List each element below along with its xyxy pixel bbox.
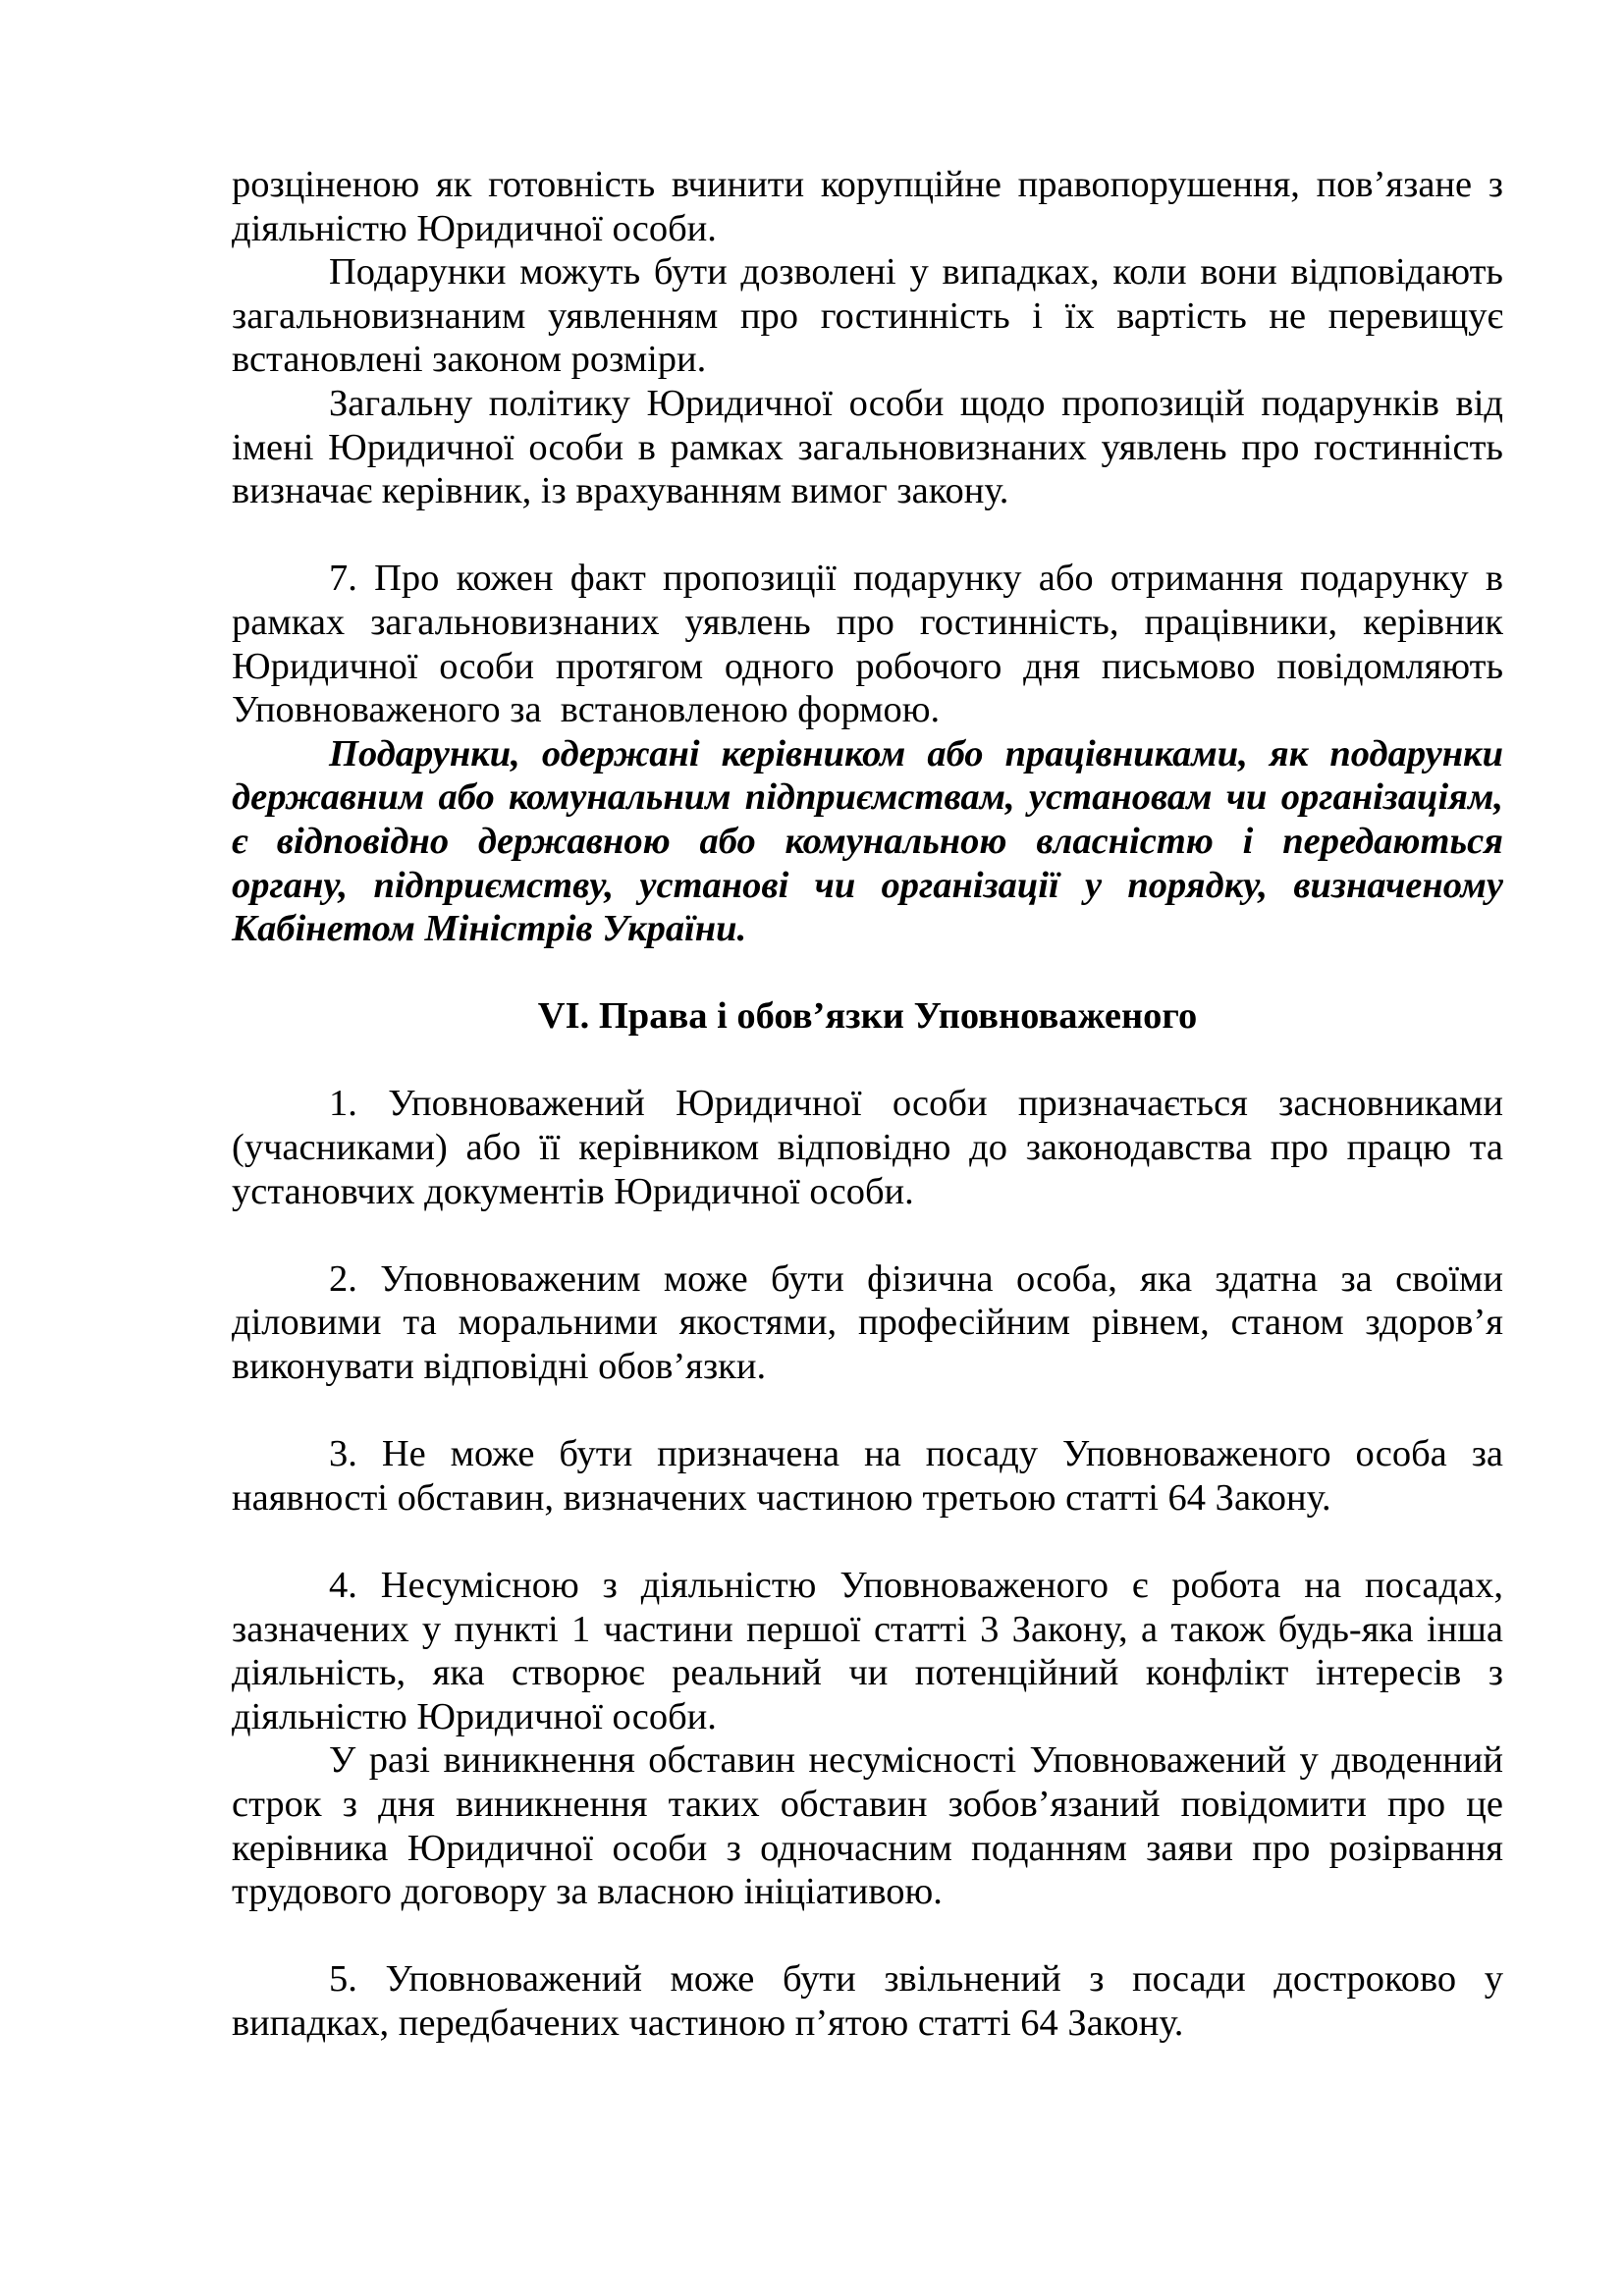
paragraph: 7. Про кожен факт пропозиції подарунку а…	[232, 557, 1503, 731]
text-line: Загальну політику Юридичної особи щодо п…	[232, 382, 1503, 426]
text-line: Юридичної особи протягом одного робочого…	[232, 645, 1503, 689]
text-line: зазначених у пункті 1 частини першої ста…	[232, 1608, 1503, 1652]
paragraph: розціненою як готовність вчинити корупці…	[232, 163, 1503, 250]
paragraph: 4. Несумісною з діяльністю Уповноваженог…	[232, 1564, 1503, 1738]
document-page: розціненою як готовність вчинити корупці…	[232, 163, 1503, 2046]
paragraph: Подарунки можуть бути дозволені у випадк…	[232, 250, 1503, 382]
text-line: виконувати відповідні обов’язки.	[232, 1345, 1503, 1389]
text-line: державним або комунальним підприємствам,…	[232, 775, 1503, 820]
text-line: керівника Юридичної особи з одночасним п…	[232, 1827, 1503, 1871]
text-line: розціненою як готовність вчинити корупці…	[232, 163, 1503, 207]
text-line: випадках, передбачених частиною п’ятою с…	[232, 2002, 1503, 2046]
text-line: є відповідно державною або комунальною в…	[232, 820, 1503, 864]
text-line: (учасниками) або її керівником відповідн…	[232, 1126, 1503, 1170]
text-line: 7. Про кожен факт пропозиції подарунку а…	[232, 557, 1503, 601]
paragraph: Подарунки, одержані керівником або праці…	[232, 732, 1503, 951]
paragraph: 5. Уповноважений може бути звільнений з …	[232, 1957, 1503, 2045]
text-line: У разі виникнення обставин несумісності …	[232, 1738, 1503, 1783]
text-line: 3. Не може бути призначена на посаду Упо…	[232, 1432, 1503, 1476]
paragraph: Загальну політику Юридичної особи щодо п…	[232, 382, 1503, 513]
text-line: Подарунки можуть бути дозволені у випадк…	[232, 250, 1503, 294]
text-line: діяльністю Юридичної особи.	[232, 207, 1503, 251]
text-line: 1. Уповноважений Юридичної особи признач…	[232, 1082, 1503, 1126]
text-line: установчих документів Юридичної особи.	[232, 1170, 1503, 1214]
section-heading: VI. Права і обов’язки Уповноваженого	[232, 994, 1503, 1039]
text-line: 2. Уповноваженим може бути фізична особа…	[232, 1257, 1503, 1302]
text-line: Подарунки, одержані керівником або праці…	[232, 732, 1503, 776]
paragraph: 3. Не може бути призначена на посаду Упо…	[232, 1432, 1503, 1520]
text-line: наявності обставин, визначених частиною …	[232, 1476, 1503, 1521]
text-line: рамках загальновизнаних уявлень про гост…	[232, 601, 1503, 645]
text-line: органу, підприємству, установі чи органі…	[232, 864, 1503, 908]
text-line: 5. Уповноважений може бути звільнений з …	[232, 1957, 1503, 2002]
text-line: Кабінетом Міністрів України.	[232, 907, 1503, 951]
text-line: діяльність, яка створює реальний чи поте…	[232, 1651, 1503, 1695]
text-line: діяльністю Юридичної особи.	[232, 1695, 1503, 1739]
text-line: визначає керівник, із врахуванням вимог …	[232, 469, 1503, 513]
text-line: Уповноваженого за встановленою формою.	[232, 688, 1503, 732]
text-line: строк з дня виникнення таких обставин зо…	[232, 1783, 1503, 1827]
text-line: загальновизнаним уявленням про гостинніс…	[232, 294, 1503, 339]
text-line: 4. Несумісною з діяльністю Уповноваженог…	[232, 1564, 1503, 1608]
text-line: трудового договору за власною ініціативо…	[232, 1870, 1503, 1914]
paragraph: У разі виникнення обставин несумісності …	[232, 1738, 1503, 1913]
text-line: імені Юридичної особи в рамках загальнов…	[232, 426, 1503, 470]
document-body: розціненою як готовність вчинити корупці…	[232, 163, 1503, 2046]
text-line: встановлені законом розміри.	[232, 338, 1503, 382]
paragraph: 2. Уповноваженим може бути фізична особа…	[232, 1257, 1503, 1389]
text-line: діловими та моральними якостями, професі…	[232, 1301, 1503, 1345]
paragraph: 1. Уповноважений Юридичної особи признач…	[232, 1082, 1503, 1213]
